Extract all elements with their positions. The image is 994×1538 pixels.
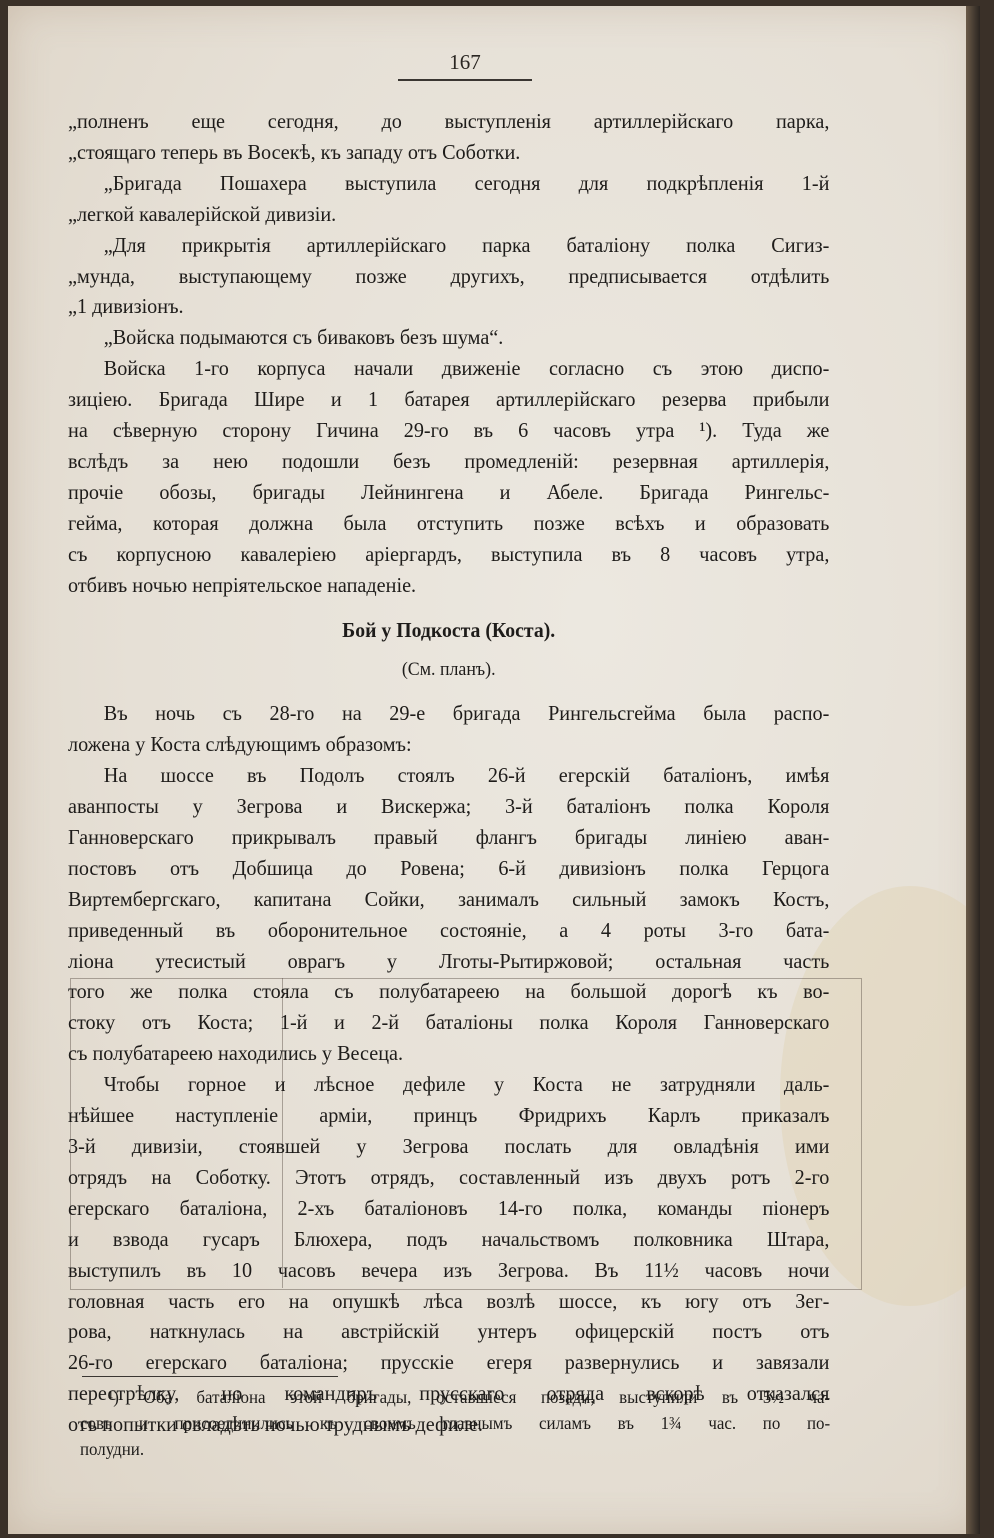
- paragraph: На шоссе въ Подолъ стоялъ 26-й егерскій …: [68, 760, 829, 1069]
- text-line: того же полка стояла съ полубатареею на …: [68, 976, 829, 1007]
- footnote-line: ¹) Оба баталіона этой бригады, оставшіес…: [80, 1384, 830, 1410]
- text-line: и взвода гусаръ Блюхера, подъ начальство…: [68, 1224, 829, 1255]
- paragraph: „Бригада Пошахера выступила сегодня для …: [68, 168, 829, 230]
- page-number: 167: [398, 50, 532, 75]
- footnote: ¹) Оба баталіона этой бригады, оставшіес…: [80, 1384, 830, 1462]
- text-line: 3-й дивизіи, стоявшей у Зегрова послать …: [68, 1131, 829, 1162]
- paragraph: „Войска подымаются съ биваковъ безъ шума…: [68, 322, 829, 353]
- text-line: рова, наткнулась на австрійскій унтеръ о…: [68, 1316, 829, 1347]
- text-line: „Для прикрытія артиллерійскаго парка бат…: [68, 230, 829, 261]
- paragraph: „полненъ еще сегодня, до выступленія арт…: [68, 106, 829, 168]
- text-line: 26-го егерскаго баталіона; прусскіе егер…: [68, 1347, 829, 1378]
- text-line: вслѣдъ за нею подошли безъ промедленій: …: [68, 446, 829, 477]
- text-line: выступилъ въ 10 часовъ вечера изъ Зегров…: [68, 1255, 829, 1286]
- text-line: егерскаго баталіона, 2-хъ баталіоновъ 14…: [68, 1193, 829, 1224]
- text-line: ложена у Коста слѣдующимъ образомъ:: [68, 729, 829, 760]
- footnote-rule: [82, 1376, 338, 1377]
- text-line: головная часть его на опушкѣ лѣса возлѣ …: [68, 1286, 829, 1317]
- footnote-line: полудни.: [80, 1436, 830, 1462]
- text-line: аванпосты у Зегрова и Вискержа; 3-й бата…: [68, 791, 829, 822]
- text-line: Въ ночь съ 28-го на 29-е бригада Рингель…: [68, 698, 829, 729]
- text-line: Ганноверскаго прикрывалъ правый флангъ б…: [68, 822, 829, 853]
- text-line: Виртембергскаго, капитана Сойки, занимал…: [68, 884, 829, 915]
- text-line: съ полубатареею находились у Весеца.: [68, 1038, 829, 1069]
- text-line: стоку отъ Коста; 1-й и 2-й баталіоны пол…: [68, 1007, 829, 1038]
- paragraphs-after-heading: Въ ночь съ 28-го на 29-е бригада Рингель…: [68, 698, 829, 1440]
- text-line: „стоящаго теперь въ Восекѣ, къ западу от…: [68, 137, 829, 168]
- text-line: отбивъ ночью непріятельское нападеніе.: [68, 570, 829, 601]
- text-line: съ корпусною кавалеріею аріергардъ, выст…: [68, 539, 829, 570]
- paragraphs-before-heading: „полненъ еще сегодня, до выступленія арт…: [68, 106, 829, 601]
- text-line: „Войска подымаются съ биваковъ безъ шума…: [68, 322, 829, 353]
- section-heading: Бой у Подкоста (Коста).: [68, 615, 829, 646]
- text-line: прочіе обозы, бригады Лейнингена и Абеле…: [68, 477, 829, 508]
- text-line: „1 дивизіонъ.: [68, 291, 829, 322]
- text-line: „легкой кавалерійской дивизіи.: [68, 199, 829, 230]
- text-line: Чтобы горное и лѣсное дефиле у Коста не …: [68, 1069, 829, 1100]
- paragraph: Въ ночь съ 28-го на 29-е бригада Рингель…: [68, 698, 829, 760]
- section-subheading: (См. планъ).: [68, 655, 829, 686]
- text-line: Войска 1-го корпуса начали движеніе согл…: [68, 353, 829, 384]
- text-line: „Бригада Пошахера выступила сегодня для …: [68, 168, 829, 199]
- text-line: ліона утесистый оврагъ у Лготы-Рытиржово…: [68, 946, 829, 977]
- body-text: „полненъ еще сегодня, до выступленія арт…: [68, 106, 829, 1440]
- text-line: зиціею. Бригада Шире и 1 батарея артилле…: [68, 384, 829, 415]
- text-line: „мунда, выступающему позже другихъ, пред…: [68, 261, 829, 292]
- footnote-line: совъ и присоединились къ своимъ главнымъ…: [80, 1410, 830, 1436]
- text-line: „полненъ еще сегодня, до выступленія арт…: [68, 106, 829, 137]
- paragraph: Войска 1-го корпуса начали движеніе согл…: [68, 353, 829, 600]
- page-number-rule: [398, 79, 532, 81]
- paragraph: „Для прикрытія артиллерійскаго парка бат…: [68, 230, 829, 323]
- text-line: на сѣверную сторону Гичина 29-го въ 6 ча…: [68, 415, 829, 446]
- text-line: нѣйшее наступленіе арміи, принцъ Фридрих…: [68, 1100, 829, 1131]
- text-line: приведенный въ оборонительное состояніе,…: [68, 915, 829, 946]
- page-edge-shadow: [966, 6, 980, 1534]
- text-line: отрядъ на Соботку. Этотъ отрядъ, составл…: [68, 1162, 829, 1193]
- book-page: 167 „полненъ еще сегодня, до выступленія…: [8, 6, 980, 1534]
- text-line: постовъ отъ Добшица до Ровена; 6-й дивиз…: [68, 853, 829, 884]
- text-line: гейма, которая должна была отступить поз…: [68, 508, 829, 539]
- text-line: На шоссе въ Подолъ стоялъ 26-й егерскій …: [68, 760, 829, 791]
